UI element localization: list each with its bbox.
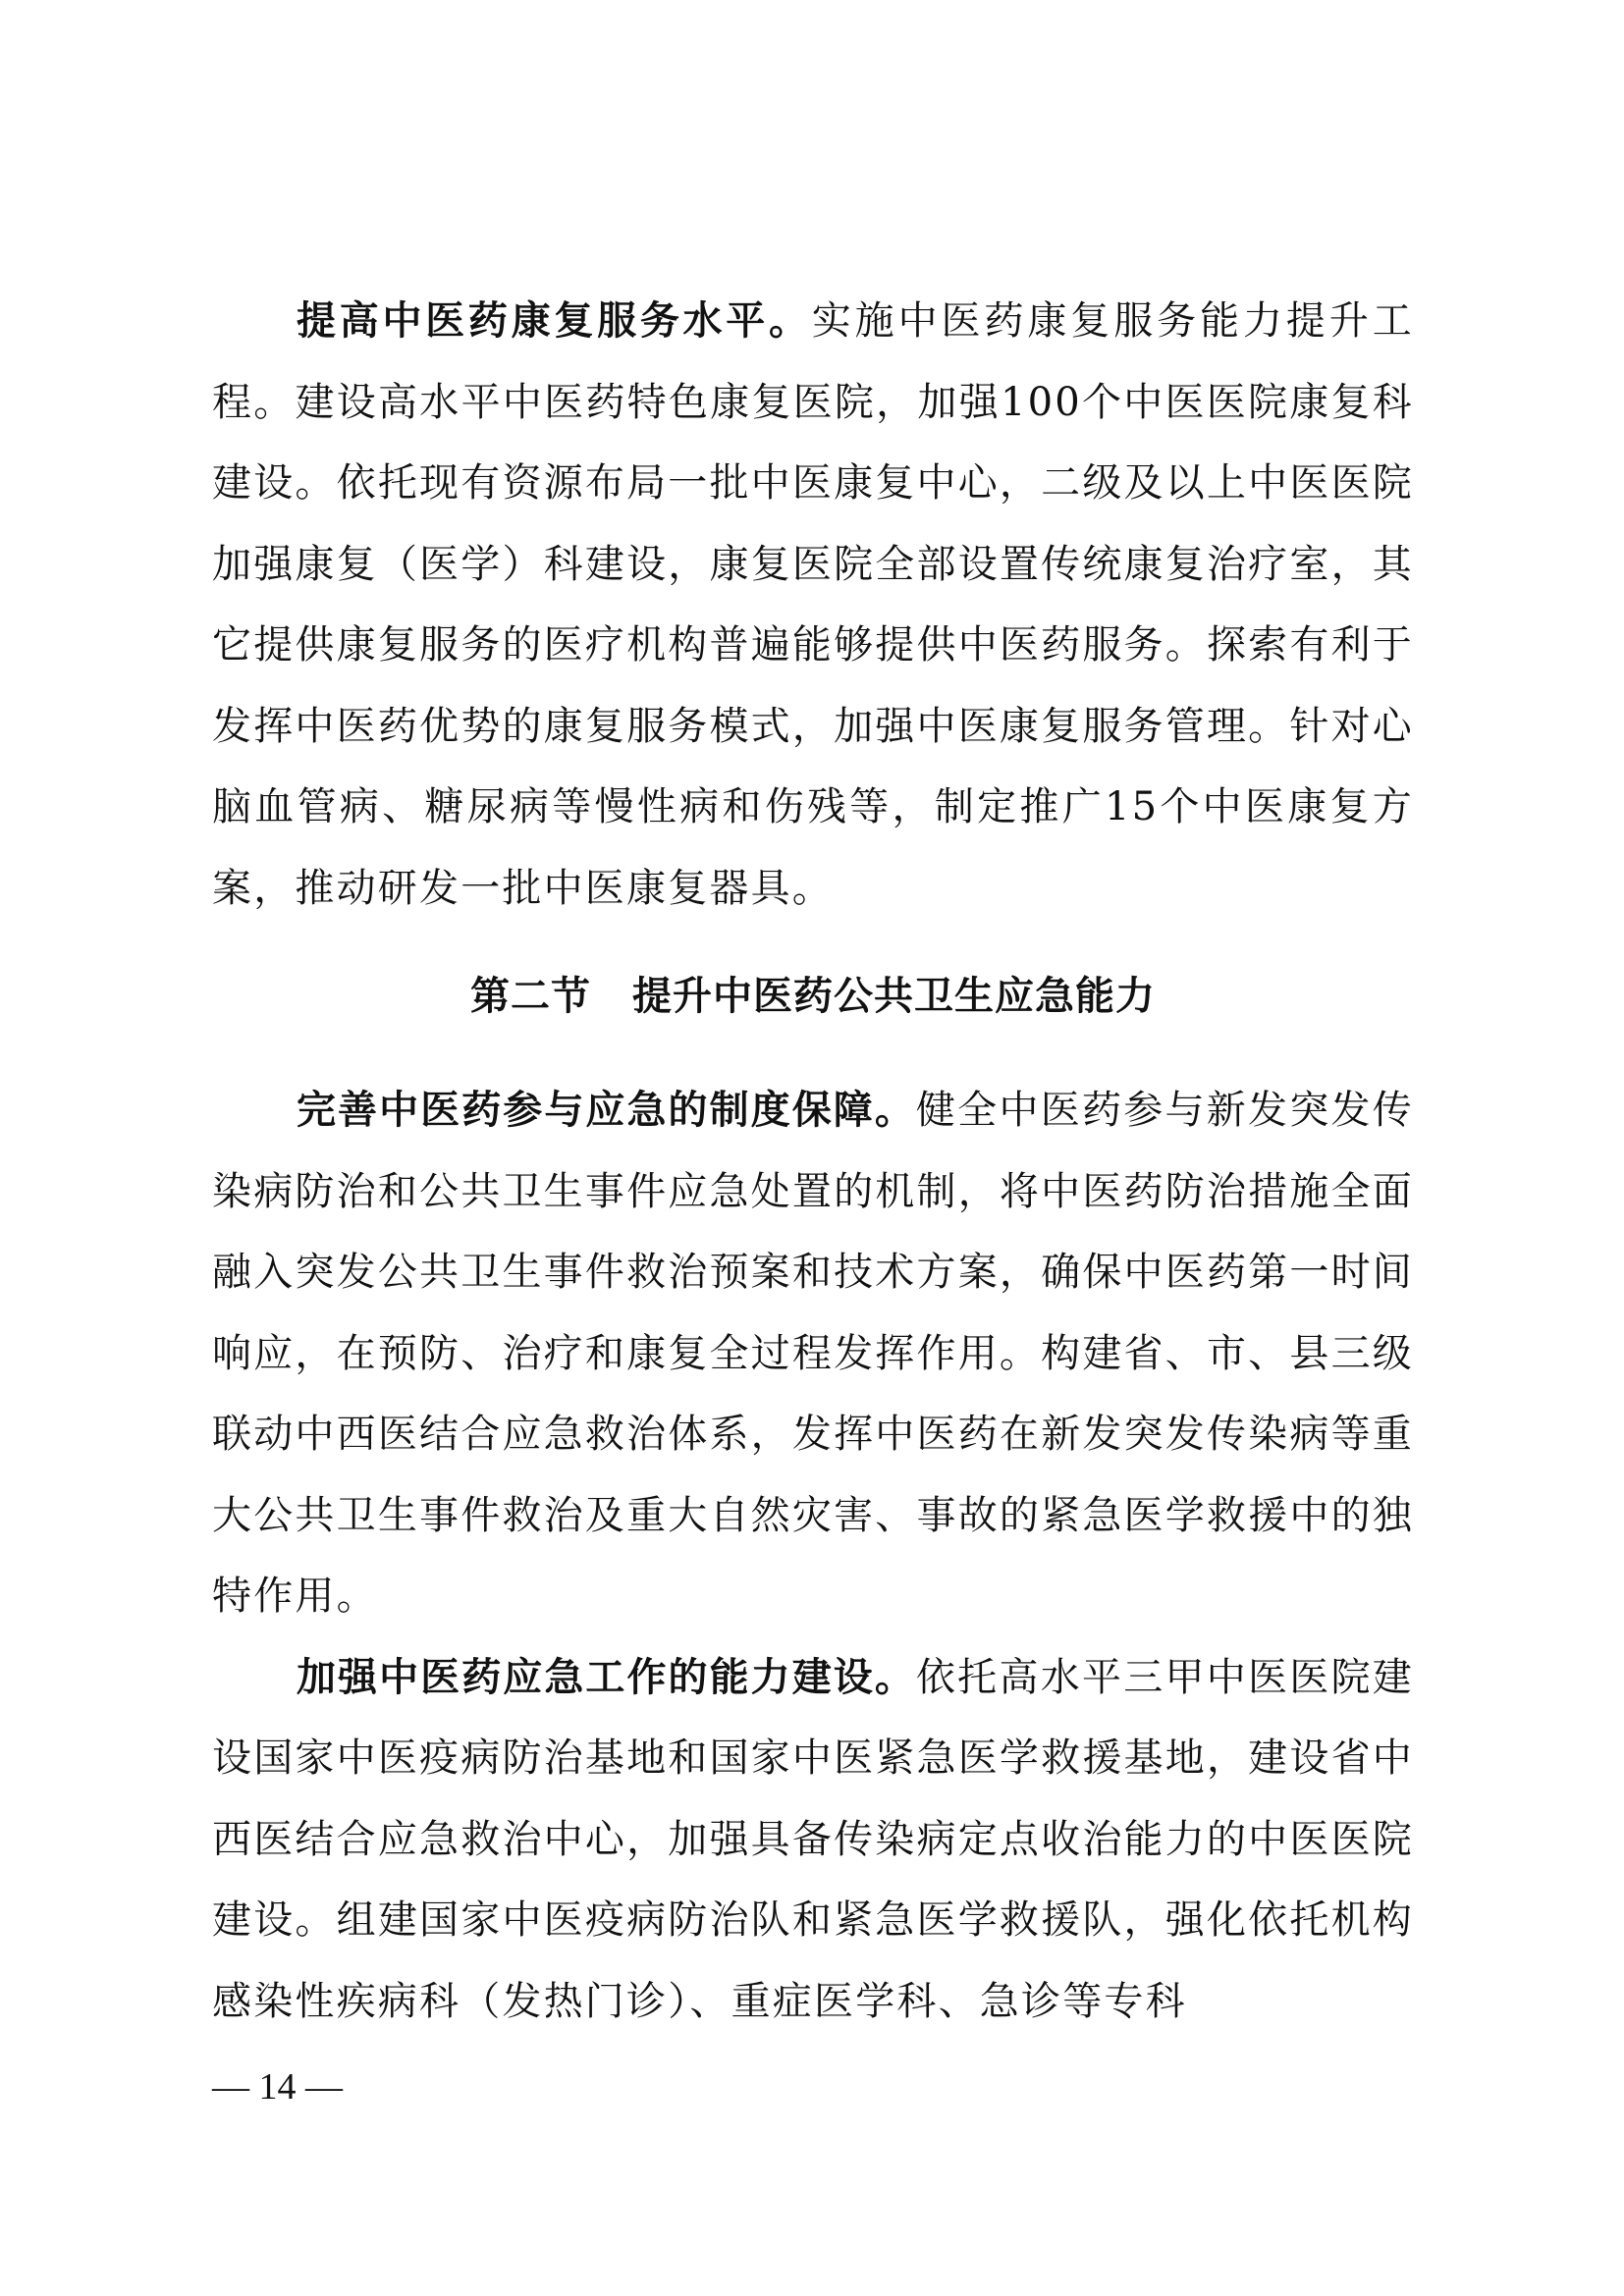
paragraph-lead: 加强中医药应急工作的能力建设。 [297, 1655, 916, 1700]
document-page: 提高中医药康复服务水平。实施中医药康复服务能力提升工程。建设高水平中医药特色康复… [212, 281, 1414, 2042]
section-title: 提升中医药公共卫生应急能力 [632, 974, 1156, 1019]
page-number: — 14 — [212, 2067, 343, 2107]
section-heading: 第二节提升中医药公共卫生应急能力 [212, 956, 1414, 1037]
paragraph-body: 实施中医药康复服务能力提升工程。建设高水平中医药特色康复医院，加强100个中医医… [212, 298, 1414, 911]
paragraph-body: 依托高水平三甲中医医院建设国家中医疫病防治基地和国家中医紧急医学救援基地，建设省… [212, 1655, 1414, 2024]
paragraph-lead: 完善中医药参与应急的制度保障。 [297, 1088, 916, 1133]
paragraph-lead: 提高中医药康复服务水平。 [297, 298, 812, 344]
paragraph-emergency-system: 完善中医药参与应急的制度保障。健全中医药参与新发突发传染病防治和公共卫生事件应急… [212, 1070, 1414, 1637]
paragraph-emergency-capacity: 加强中医药应急工作的能力建设。依托高水平三甲中医医院建设国家中医疫病防治基地和国… [212, 1637, 1414, 2043]
paragraph-rehab-services: 提高中医药康复服务水平。实施中医药康复服务能力提升工程。建设高水平中医药特色康复… [212, 281, 1414, 929]
paragraph-body: 健全中医药参与新发突发传染病防治和公共卫生事件应急处置的机制，将中医药防治措施全… [212, 1088, 1414, 1619]
section-number: 第二节 [470, 974, 591, 1019]
